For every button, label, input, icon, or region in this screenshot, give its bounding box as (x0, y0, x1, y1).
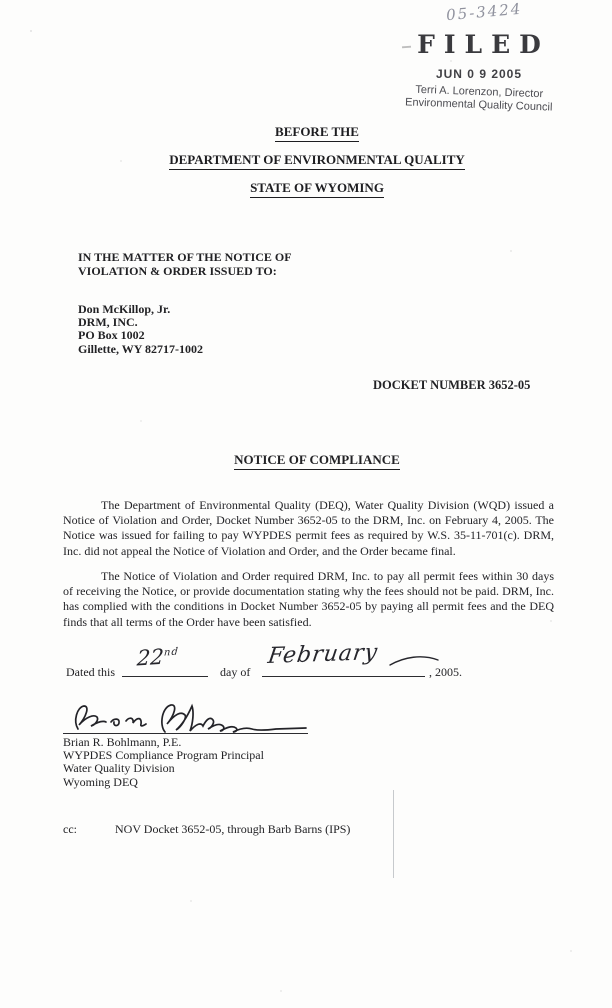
heading-department: DEPARTMENT OF ENVIRONMENTAL QUALITY (22, 152, 612, 170)
filed-stamp-officer-block: Terri A. Lorenzon, Director Environmenta… (398, 83, 561, 115)
dated-prefix: Dated this (66, 665, 115, 680)
matter-line-2: VIOLATION & ORDER ISSUED TO: (78, 265, 292, 279)
dated-middle: day of (220, 665, 250, 680)
handwritten-case-number: 05-3424 (445, 0, 523, 24)
cc-text: NOV Docket 3652-05, through Barb Barns (… (115, 822, 350, 837)
scan-artifact-line (393, 790, 394, 878)
docket-number: DOCKET NUMBER 3652-05 (373, 378, 530, 393)
matter-line-1: IN THE MATTER OF THE NOTICE OF (78, 251, 292, 265)
filed-stamp: FILED JUN 0 9 2005 Terri A. Lorenzon, Di… (398, 30, 560, 112)
handwritten-day-ordinal: nd (164, 646, 180, 658)
respondent-address-line2: Gillette, WY 82717-1002 (78, 343, 203, 356)
respondent-address-block: Don McKillop, Jr. DRM, INC. PO Box 1002 … (78, 303, 203, 356)
handwriting-flourish (388, 652, 440, 668)
matter-caption: IN THE MATTER OF THE NOTICE OF VIOLATION… (78, 251, 292, 278)
day-blank-line (122, 676, 208, 677)
signatory-block: Brian R. Bohlmann, P.E. WYPDES Complianc… (63, 736, 264, 789)
respondent-address-line1: PO Box 1002 (78, 329, 203, 342)
paper-noise-specks (30, 30, 32, 32)
body-paragraph-2: The Notice of Violation and Order requir… (63, 569, 554, 630)
body-paragraph-1: The Department of Environmental Quality … (63, 498, 554, 559)
scanned-document-page: 05-3424 FILED JUN 0 9 2005 Terri A. Lore… (0, 0, 612, 1008)
signature-scrawl (68, 699, 310, 737)
signatory-division: Water Quality Division (63, 762, 264, 775)
signatory-org: Wyoming DEQ (63, 776, 264, 789)
filed-stamp-date: JUN 0 9 2005 (398, 67, 560, 81)
heading-state: STATE OF WYOMING (22, 180, 612, 198)
cc-label: cc: (63, 822, 77, 837)
month-blank-line (262, 676, 425, 677)
filed-stamp-text: FILED (398, 30, 560, 59)
document-title: NOTICE OF COMPLIANCE (22, 452, 612, 470)
signature-line (63, 733, 308, 734)
handwritten-day: 22nd (136, 643, 179, 670)
heading-before-the: BEFORE THE (22, 124, 612, 142)
handwritten-month: February (266, 640, 379, 669)
